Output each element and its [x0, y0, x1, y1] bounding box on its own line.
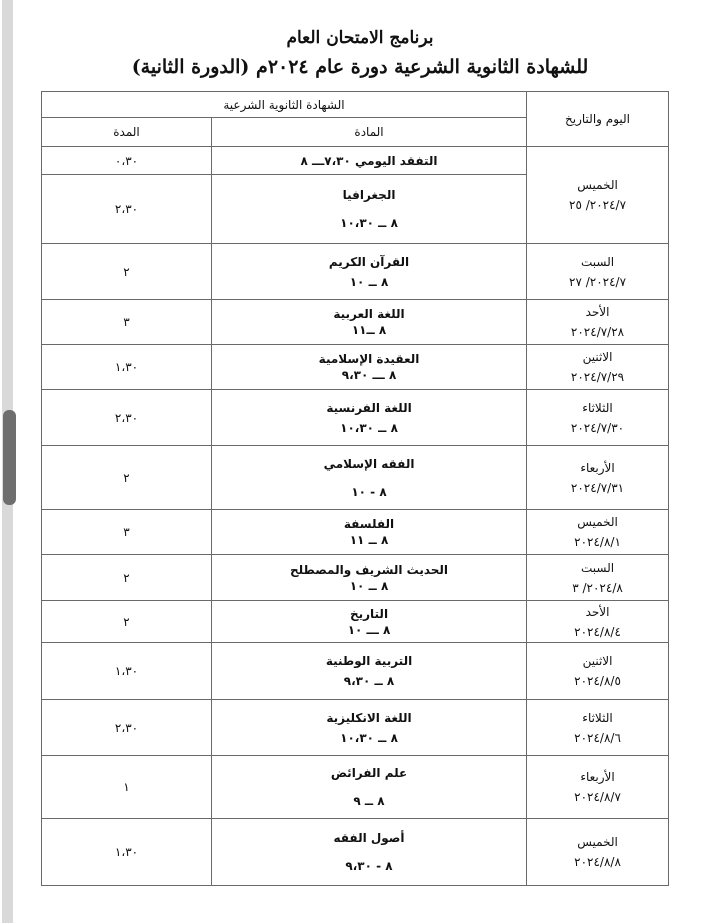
subject-cell: القرآن الكريم ٨ ــ ١٠: [212, 244, 527, 300]
table-row: الأربعاء ٢٠٢٤/٨/٧ علم الفرائض ٨ ــ ٩ ١: [42, 756, 669, 819]
day-name: الأربعاء: [527, 458, 668, 478]
table-row: السبت ٢٠٢٤/٧/ ٢٧ القرآن الكريم ٨ ــ ١٠ ٢: [42, 244, 669, 300]
table-row: الخميس ٢٠٢٤/٨/١ الفلسفة ٨ ــ ١١ ٣: [42, 510, 669, 555]
date: ٢٠٢٤/٧/٢٨: [527, 322, 668, 342]
header-subject: المادة: [212, 118, 527, 147]
header-duration: المدة: [42, 118, 212, 147]
exam-time: ٨ ــ ١٠،٣٠: [212, 731, 526, 745]
exam-time: ٨ ــ ١١: [212, 533, 526, 547]
date: ٢٠٢٤/٧/٣٠: [527, 418, 668, 438]
date: ٢٠٢٤/٨/٧: [527, 787, 668, 807]
day-name: الأحد: [527, 602, 668, 622]
day-name: الخميس: [527, 175, 668, 195]
subject-cell: التفقد اليومي ٧،٣٠ـــ ٨: [212, 147, 527, 175]
day-date-cell: الثلاثاء ٢٠٢٤/٨/٦: [527, 700, 669, 756]
subject-name: اللغة الانكليزية: [212, 711, 526, 725]
duration-cell: ١،٣٠: [42, 643, 212, 700]
exam-time: ٨ ــ ٩،٣٠: [212, 674, 526, 688]
day-date-cell: الأربعاء ٢٠٢٤/٧/٣١: [527, 446, 669, 510]
subject-name: اللغة الفرنسية: [212, 401, 526, 415]
subject-cell: علم الفرائض ٨ ــ ٩: [212, 756, 527, 819]
subject-cell: التربية الوطنية ٨ ــ ٩،٣٠: [212, 643, 527, 700]
table-row: الأحد ٢٠٢٤/٨/٤ التاريخ ٨ ـــ ١٠ ٢: [42, 601, 669, 643]
exam-time: ٨ - ٩،٣٠: [212, 859, 526, 873]
day-date-cell: الخميس ٢٠٢٤/٨/١: [527, 510, 669, 555]
date: ٢٠٢٤/٧/٣١: [527, 478, 668, 498]
table-row: الأربعاء ٢٠٢٤/٧/٣١ الفقه الإسلامي ٨ - ١٠…: [42, 446, 669, 510]
document-title: برنامج الامتحان العام: [0, 28, 720, 48]
duration-cell: ٢،٣٠: [42, 175, 212, 244]
day-date-cell: الأحد ٢٠٢٤/٧/٢٨: [527, 300, 669, 345]
day-date-cell: الأحد ٢٠٢٤/٨/٤: [527, 601, 669, 643]
date: ٢٠٢٤/٧/ ٢٧: [527, 272, 668, 292]
date: ٢٠٢٤/٨/١: [527, 532, 668, 552]
scrollbar-thumb[interactable]: [3, 410, 16, 505]
subject-name: التربية الوطنية: [212, 654, 526, 668]
day-date-cell: السبت ٢٠٢٤/٨/ ٣: [527, 555, 669, 601]
table-row: الاثنين ٢٠٢٤/٧/٢٩ العقيدة الإسلامية ٨ ــ…: [42, 345, 669, 390]
day-date-cell: الخميس ٢٠٢٤/٧/ ٢٥: [527, 147, 669, 244]
day-name: الأربعاء: [527, 767, 668, 787]
day-name: الثلاثاء: [527, 708, 668, 728]
exam-time: ٨ ــ ١٠،٣٠: [212, 216, 526, 230]
subject-name: الحديث الشريف والمصطلح: [212, 563, 526, 577]
subject-name: القرآن الكريم: [212, 255, 526, 269]
subject-name: علم الفرائض: [212, 766, 526, 780]
exam-time: ٨ ـــ ٩،٣٠: [212, 368, 526, 382]
header-certificate: الشهادة الثانوية الشرعية: [42, 92, 527, 118]
duration-cell: ٣: [42, 300, 212, 345]
exam-time: ٨ - ١٠: [212, 485, 526, 499]
day-date-cell: السبت ٢٠٢٤/٧/ ٢٧: [527, 244, 669, 300]
header-day-date: اليوم والتاريخ: [527, 92, 669, 147]
day-name: السبت: [527, 252, 668, 272]
subject-name: التاريخ: [212, 607, 526, 621]
duration-cell: ١: [42, 756, 212, 819]
day-name: الخميس: [527, 832, 668, 852]
subject-cell: اللغة الفرنسية ٨ ــ ١٠،٣٠: [212, 390, 527, 446]
duration-cell: ١،٣٠: [42, 345, 212, 390]
date: ٢٠٢٤/٨/٨: [527, 852, 668, 872]
day-date-cell: الأربعاء ٢٠٢٤/٨/٧: [527, 756, 669, 819]
subject-name: التفقد اليومي ٧،٣٠ـــ ٨: [212, 154, 526, 168]
subject-cell: الحديث الشريف والمصطلح ٨ ــ ١٠: [212, 555, 527, 601]
day-name: الاثنين: [527, 347, 668, 367]
exam-time: ٨ ــ ٩: [212, 794, 526, 808]
duration-cell: ٠،٣٠: [42, 147, 212, 175]
day-name: الخميس: [527, 512, 668, 532]
subject-name: اللغة العربية: [212, 307, 526, 321]
table-row: الخميس ٢٠٢٤/٨/٨ أصول الفقه ٨ - ٩،٣٠ ١،٣٠: [42, 819, 669, 886]
table-row: الثلاثاء ٢٠٢٤/٨/٦ اللغة الانكليزية ٨ ــ …: [42, 700, 669, 756]
duration-cell: ٢: [42, 601, 212, 643]
day-name: الأحد: [527, 302, 668, 322]
duration-cell: ٢،٣٠: [42, 390, 212, 446]
date: ٢٠٢٤/٧/ ٢٥: [527, 195, 668, 215]
duration-cell: ١،٣٠: [42, 819, 212, 886]
subject-cell: أصول الفقه ٨ - ٩،٣٠: [212, 819, 527, 886]
table-row: الاثنين ٢٠٢٤/٨/٥ التربية الوطنية ٨ ــ ٩،…: [42, 643, 669, 700]
subject-name: أصول الفقه: [212, 831, 526, 845]
table-row: الثلاثاء ٢٠٢٤/٧/٣٠ اللغة الفرنسية ٨ ــ ١…: [42, 390, 669, 446]
date: ٢٠٢٤/٨/٦: [527, 728, 668, 748]
exam-time: ٨ ــ ١٠،٣٠: [212, 421, 526, 435]
subject-cell: التاريخ ٨ ـــ ١٠: [212, 601, 527, 643]
day-date-cell: الثلاثاء ٢٠٢٤/٧/٣٠: [527, 390, 669, 446]
duration-cell: ٢: [42, 446, 212, 510]
table-row: السبت ٢٠٢٤/٨/ ٣ الحديث الشريف والمصطلح ٨…: [42, 555, 669, 601]
exam-time: ٨ ـــ ١٠: [212, 623, 526, 637]
subject-cell: الجغرافيا ٨ ــ ١٠،٣٠: [212, 175, 527, 244]
document-subtitle: للشهادة الثانوية الشرعية دورة عام ٢٠٢٤م …: [0, 56, 720, 78]
subject-cell: اللغة العربية ٨ ــ١١: [212, 300, 527, 345]
duration-cell: ٢،٣٠: [42, 700, 212, 756]
subject-cell: العقيدة الإسلامية ٨ ـــ ٩،٣٠: [212, 345, 527, 390]
date: ٢٠٢٤/٧/٢٩: [527, 367, 668, 387]
duration-cell: ٣: [42, 510, 212, 555]
table-row: الخميس ٢٠٢٤/٧/ ٢٥ التفقد اليومي ٧،٣٠ـــ …: [42, 147, 669, 175]
date: ٢٠٢٤/٨/٤: [527, 622, 668, 642]
table-row: الأحد ٢٠٢٤/٧/٢٨ اللغة العربية ٨ ــ١١ ٣: [42, 300, 669, 345]
day-date-cell: الاثنين ٢٠٢٤/٨/٥: [527, 643, 669, 700]
subject-name: الفلسفة: [212, 517, 526, 531]
subject-name: العقيدة الإسلامية: [212, 352, 526, 366]
exam-time: ٨ ــ ١٠: [212, 579, 526, 593]
duration-cell: ٢: [42, 244, 212, 300]
subject-cell: الفلسفة ٨ ــ ١١: [212, 510, 527, 555]
exam-time: ٨ ــ ١٠: [212, 275, 526, 289]
day-date-cell: الاثنين ٢٠٢٤/٧/٢٩: [527, 345, 669, 390]
subject-name: الفقه الإسلامي: [212, 457, 526, 471]
exam-schedule-table: اليوم والتاريخ الشهادة الثانوية الشرعية …: [41, 91, 669, 886]
subject-cell: اللغة الانكليزية ٨ ــ ١٠،٣٠: [212, 700, 527, 756]
scrollbar-track[interactable]: [2, 0, 13, 923]
header-row-group: اليوم والتاريخ الشهادة الثانوية الشرعية: [42, 92, 669, 118]
day-name: الاثنين: [527, 651, 668, 671]
day-date-cell: الخميس ٢٠٢٤/٨/٨: [527, 819, 669, 886]
exam-time: ٨ ــ١١: [212, 323, 526, 337]
duration-cell: ٢: [42, 555, 212, 601]
subject-cell: الفقه الإسلامي ٨ - ١٠: [212, 446, 527, 510]
date: ٢٠٢٤/٨/ ٣: [527, 578, 668, 598]
subject-name: الجغرافيا: [212, 188, 526, 202]
day-name: الثلاثاء: [527, 398, 668, 418]
date: ٢٠٢٤/٨/٥: [527, 671, 668, 691]
day-name: السبت: [527, 558, 668, 578]
